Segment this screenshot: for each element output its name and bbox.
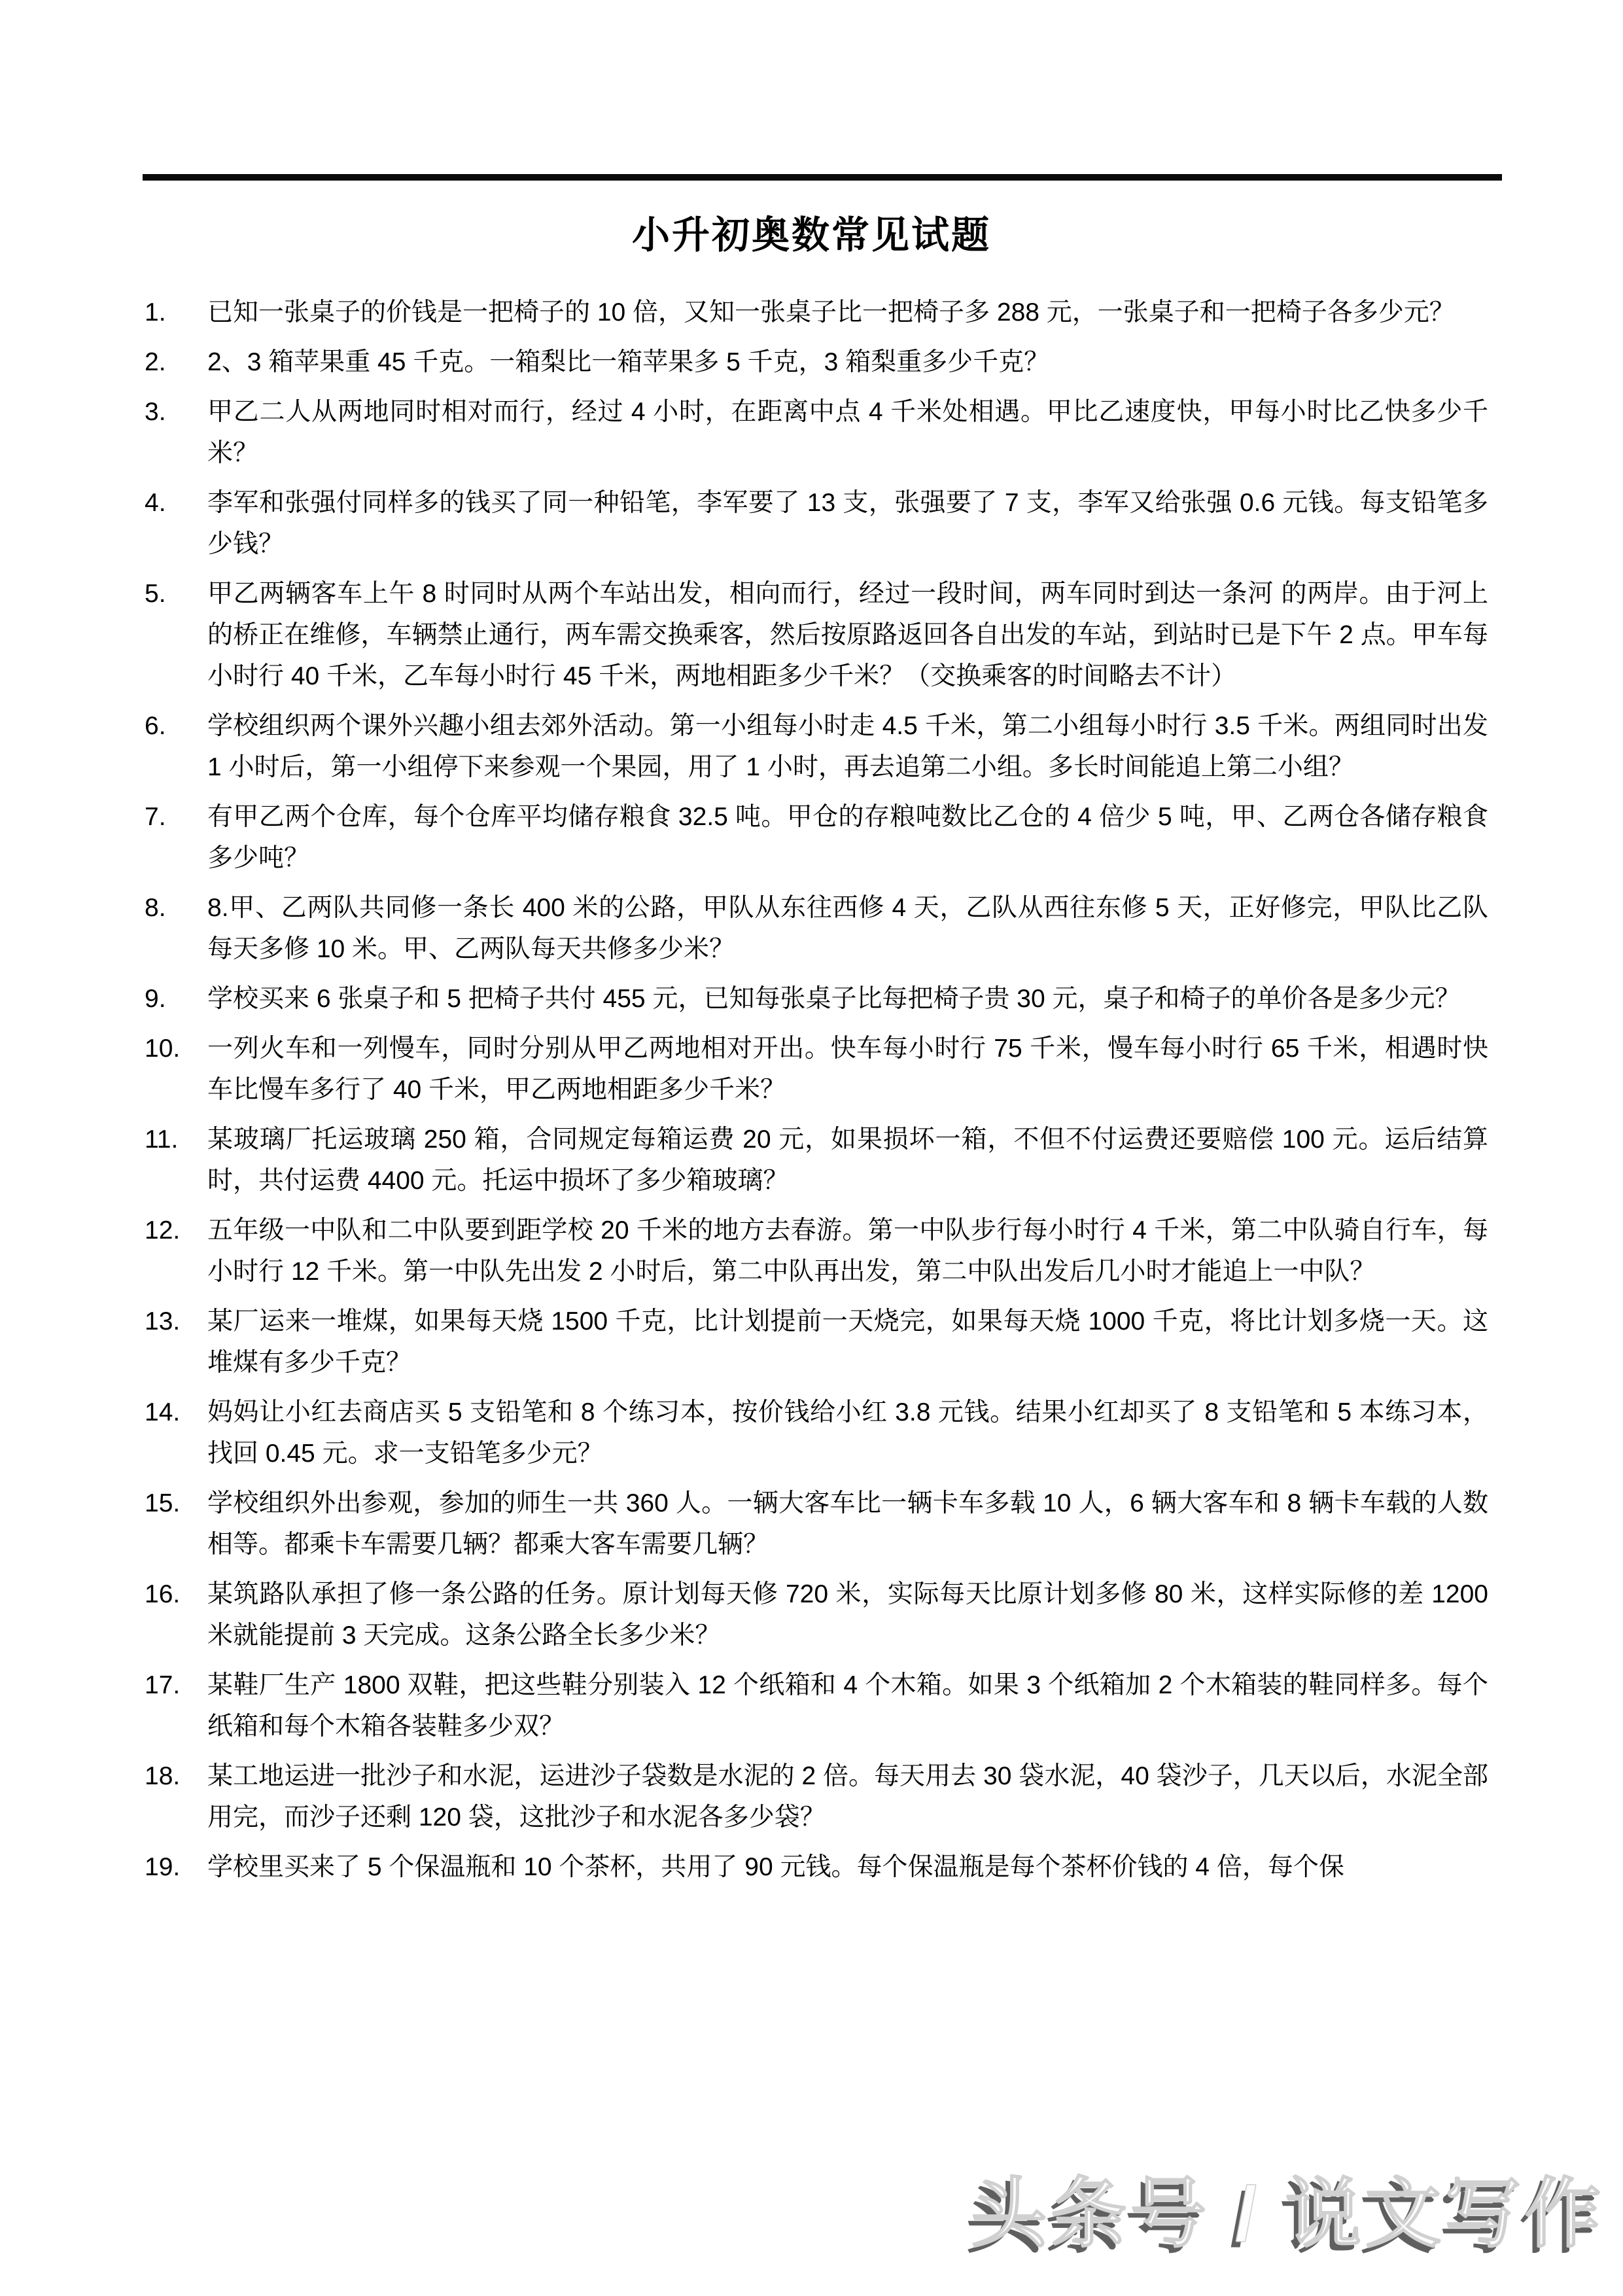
problem-number: 1. xyxy=(145,292,207,333)
problem-item: 11. 某玻璃厂托运玻璃 250 箱，合同规定每箱运费 20 元，如果损坏一箱，… xyxy=(145,1119,1488,1201)
problem-number: 17. xyxy=(145,1665,207,1706)
problem-number: 12. xyxy=(145,1210,207,1251)
problem-text: 2、3 箱苹果重 45 千克。一箱梨比一箱苹果多 5 千克，3 箱梨重多少千克？ xyxy=(207,342,1488,383)
problem-number: 8. xyxy=(145,887,207,928)
problem-text: 已知一张桌子的价钱是一把椅子的 10 倍，又知一张桌子比一把椅子多 288 元，… xyxy=(207,292,1488,333)
problem-number: 13. xyxy=(145,1301,207,1342)
problem-text: 一列火车和一列慢车，同时分别从甲乙两地相对开出。快车每小时行 75 千米，慢车每… xyxy=(207,1028,1488,1110)
problem-number: 3. xyxy=(145,391,207,433)
problem-item: 16. 某筑路队承担了修一条公路的任务。原计划每天修 720 米，实际每天比原计… xyxy=(145,1574,1488,1656)
problem-number: 18. xyxy=(145,1756,207,1797)
problem-item: 6. 学校组织两个课外兴趣小组去郊外活动。第一小组每小时走 4.5 千米，第二小… xyxy=(145,705,1488,788)
problem-text: 学校买来 6 张桌子和 5 把椅子共付 455 元，已知每张桌子比每把椅子贵 3… xyxy=(207,978,1488,1019)
problem-text: 妈妈让小红去商店买 5 支铅笔和 8 个练习本，按价钱给小红 3.8 元钱。结果… xyxy=(207,1392,1488,1474)
problem-text: 某筑路队承担了修一条公路的任务。原计划每天修 720 米，实际每天比原计划多修 … xyxy=(207,1574,1488,1656)
problem-item: 1. 已知一张桌子的价钱是一把椅子的 10 倍，又知一张桌子比一把椅子多 288… xyxy=(145,292,1488,333)
problem-list: 1. 已知一张桌子的价钱是一把椅子的 10 倍，又知一张桌子比一把椅子多 288… xyxy=(145,292,1488,1896)
problem-text: 李军和张强付同样多的钱买了同一种铅笔，李军要了 13 支，张强要了 7 支，李军… xyxy=(207,482,1488,565)
problem-item: 10. 一列火车和一列慢车，同时分别从甲乙两地相对开出。快车每小时行 75 千米… xyxy=(145,1028,1488,1110)
problem-item: 4. 李军和张强付同样多的钱买了同一种铅笔，李军要了 13 支，张强要了 7 支… xyxy=(145,482,1488,565)
problem-number: 4. xyxy=(145,482,207,523)
problem-text: 某鞋厂生产 1800 双鞋，把这些鞋分别装入 12 个纸箱和 4 个木箱。如果 … xyxy=(207,1665,1488,1747)
problem-number: 6. xyxy=(145,705,207,747)
problem-text: 五年级一中队和二中队要到距学校 20 千米的地方去春游。第一中队步行每小时行 4… xyxy=(207,1210,1488,1292)
problem-text: 甲乙二人从两地同时相对而行，经过 4 小时，在距离中点 4 千米处相遇。甲比乙速… xyxy=(207,391,1488,474)
problem-item: 19. 学校里买来了 5 个保温瓶和 10 个茶杯，共用了 90 元钱。每个保温… xyxy=(145,1846,1488,1888)
problem-text: 有甲乙两个仓库，每个仓库平均储存粮食 32.5 吨。甲仓的存粮吨数比乙仓的 4 … xyxy=(207,796,1488,879)
problem-number: 16. xyxy=(145,1574,207,1615)
problem-text: 学校里买来了 5 个保温瓶和 10 个茶杯，共用了 90 元钱。每个保温瓶是每个… xyxy=(207,1846,1488,1888)
problem-number: 15. xyxy=(145,1483,207,1524)
problem-text: 学校组织两个课外兴趣小组去郊外活动。第一小组每小时走 4.5 千米，第二小组每小… xyxy=(207,705,1488,788)
header-rule xyxy=(143,174,1502,181)
problem-number: 19. xyxy=(145,1846,207,1888)
page-title: 小升初奥数常见试题 xyxy=(0,209,1623,262)
problem-item: 2. 2、3 箱苹果重 45 千克。一箱梨比一箱苹果多 5 千克，3 箱梨重多少… xyxy=(145,342,1488,383)
problem-text: 学校组织外出参观，参加的师生一共 360 人。一辆大客车比一辆卡车多载 10 人… xyxy=(207,1483,1488,1565)
problem-number: 9. xyxy=(145,978,207,1019)
problem-number: 10. xyxy=(145,1028,207,1069)
problem-text: 8.甲、乙两队共同修一条长 400 米的公路，甲队从东往西修 4 天，乙队从西往… xyxy=(207,887,1488,970)
problem-text: 甲乙两辆客车上午 8 时同时从两个车站出发，相向而行，经过一段时间，两车同时到达… xyxy=(207,573,1488,697)
problem-item: 12. 五年级一中队和二中队要到距学校 20 千米的地方去春游。第一中队步行每小… xyxy=(145,1210,1488,1292)
problem-number: 2. xyxy=(145,342,207,383)
problem-item: 7. 有甲乙两个仓库，每个仓库平均储存粮食 32.5 吨。甲仓的存粮吨数比乙仓的… xyxy=(145,796,1488,879)
problem-item: 14. 妈妈让小红去商店买 5 支铅笔和 8 个练习本，按价钱给小红 3.8 元… xyxy=(145,1392,1488,1474)
problem-item: 17. 某鞋厂生产 1800 双鞋，把这些鞋分别装入 12 个纸箱和 4 个木箱… xyxy=(145,1665,1488,1747)
problem-item: 13. 某厂运来一堆煤，如果每天烧 1500 千克，比计划提前一天烧完，如果每天… xyxy=(145,1301,1488,1383)
problem-item: 18. 某工地运进一批沙子和水泥，运进沙子袋数是水泥的 2 倍。每天用去 30 … xyxy=(145,1756,1488,1838)
problem-text: 某厂运来一堆煤，如果每天烧 1500 千克，比计划提前一天烧完，如果每天烧 10… xyxy=(207,1301,1488,1383)
problem-number: 5. xyxy=(145,573,207,614)
problem-item: 5. 甲乙两辆客车上午 8 时同时从两个车站出发，相向而行，经过一段时间，两车同… xyxy=(145,573,1488,697)
problem-number: 11. xyxy=(145,1119,207,1160)
problem-item: 9. 学校买来 6 张桌子和 5 把椅子共付 455 元，已知每张桌子比每把椅子… xyxy=(145,978,1488,1019)
watermark-text: 头条号 / 说文写作 xyxy=(971,2153,1605,2262)
problem-item: 8. 8.甲、乙两队共同修一条长 400 米的公路，甲队从东往西修 4 天，乙队… xyxy=(145,887,1488,970)
problem-number: 7. xyxy=(145,796,207,838)
problem-item: 3. 甲乙二人从两地同时相对而行，经过 4 小时，在距离中点 4 千米处相遇。甲… xyxy=(145,391,1488,474)
problem-number: 14. xyxy=(145,1392,207,1433)
worksheet-page: 小升初奥数常见试题 1. 已知一张桌子的价钱是一把椅子的 10 倍，又知一张桌子… xyxy=(0,0,1623,2296)
problem-item: 15. 学校组织外出参观，参加的师生一共 360 人。一辆大客车比一辆卡车多载 … xyxy=(145,1483,1488,1565)
problem-text: 某工地运进一批沙子和水泥，运进沙子袋数是水泥的 2 倍。每天用去 30 袋水泥，… xyxy=(207,1756,1488,1838)
problem-text: 某玻璃厂托运玻璃 250 箱，合同规定每箱运费 20 元，如果损坏一箱，不但不付… xyxy=(207,1119,1488,1201)
